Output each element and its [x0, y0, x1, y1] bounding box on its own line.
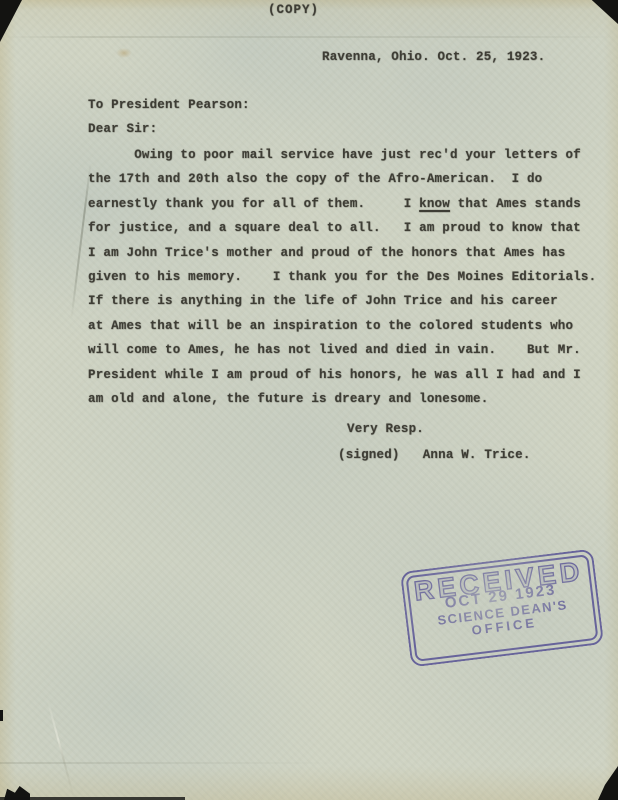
- torn-edge-bottom-right: [598, 766, 618, 800]
- paper-crease-bottom-left: [47, 700, 76, 800]
- copy-label: (COPY): [268, 3, 319, 17]
- edge-nick-left: [0, 710, 3, 721]
- letter-body-line: earnestly thank you for all of them. I k…: [88, 192, 596, 216]
- body-text-segment: the 17th and 20th also the copy of the A…: [88, 172, 542, 186]
- dateline: Ravenna, Ohio. Oct. 25, 1923.: [322, 50, 545, 64]
- paper-crease-top: [0, 36, 618, 38]
- letter-body-line: President while I am proud of his honors…: [88, 363, 596, 387]
- letter-body-line: the 17th and 20th also the copy of the A…: [88, 167, 596, 191]
- body-text-segment: President while I am proud of his honors…: [88, 368, 581, 382]
- letter-body-line: am old and alone, the future is dreary a…: [88, 387, 596, 411]
- salutation-line: Dear Sir:: [88, 122, 157, 136]
- recipient-line: To President Pearson:: [88, 98, 250, 112]
- closing-line: Very Resp.: [347, 422, 424, 436]
- body-text-segment: If there is anything in the life of John…: [88, 294, 558, 308]
- letter-body-line: will come to Ames, he has not lived and …: [88, 338, 596, 362]
- scanned-letter-page: (COPY) Ravenna, Ohio. Oct. 25, 1923. To …: [0, 0, 618, 800]
- body-text-segment: given to his memory. I thank you for the…: [88, 270, 596, 284]
- paper-crease-bottom: [0, 762, 340, 764]
- body-text-segment: that Ames stands: [450, 197, 581, 211]
- letter-body-line: for justice, and a square deal to all. I…: [88, 216, 596, 240]
- body-text-segment: earnestly thank you for all of them. I: [88, 197, 419, 211]
- body-text-segment: I am John Trice's mother and proud of th…: [88, 246, 565, 260]
- letter-body-line: at Ames that will be an inspiration to t…: [88, 314, 596, 338]
- letter-body: Owing to poor mail service have just rec…: [88, 143, 596, 411]
- folded-corner-top-right: [586, 0, 618, 24]
- body-text-segment: will come to Ames, he has not lived and …: [88, 343, 581, 357]
- letter-body-line: Owing to poor mail service have just rec…: [88, 143, 596, 167]
- body-text-segment: am old and alone, the future is dreary a…: [88, 392, 488, 406]
- body-text-segment: at Ames that will be an inspiration to t…: [88, 319, 573, 333]
- received-stamp: RECEIVED OCT 29 1923 SCIENCE DEAN'S OFFI…: [400, 549, 604, 668]
- torn-corner-top-left: [0, 0, 22, 42]
- letter-body-line: I am John Trice's mother and proud of th…: [88, 241, 596, 265]
- underlined-word: know: [419, 197, 450, 211]
- paper-stain-spot: [116, 48, 132, 58]
- letter-body-line: given to his memory. I thank you for the…: [88, 265, 596, 289]
- received-stamp-inner-border: RECEIVED OCT 29 1923 SCIENCE DEAN'S OFFI…: [405, 554, 598, 662]
- body-text-segment: for justice, and a square deal to all. I…: [88, 221, 581, 235]
- body-text-segment: Owing to poor mail service have just rec…: [88, 148, 581, 162]
- signature-line: (signed) Anna W. Trice.: [338, 448, 531, 462]
- letter-body-line: If there is anything in the life of John…: [88, 289, 596, 313]
